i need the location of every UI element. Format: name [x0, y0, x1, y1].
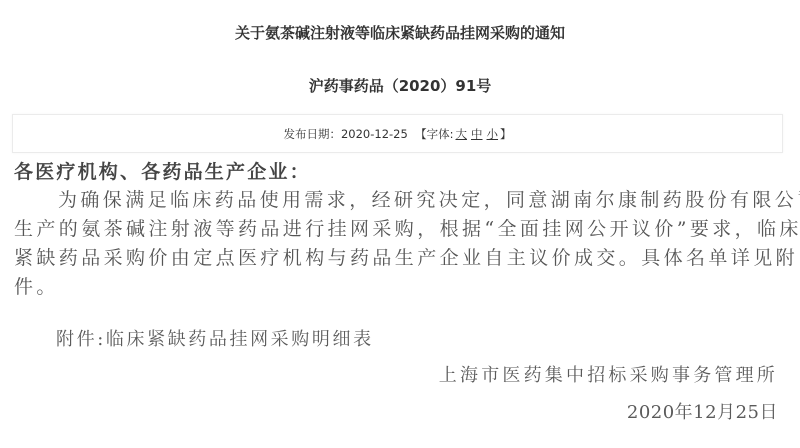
body-paragraph-line: 生产的氨茶碱注射液等药品进行挂网采购，根据“全面挂网公开议价”要求，临床	[14, 214, 800, 241]
font-size-medium-link[interactable]: 中	[471, 126, 483, 142]
issue-date: 2020年12月25日	[627, 398, 778, 424]
document-number: 沪药事药品（2020）91号	[0, 75, 800, 96]
attachment-note: 附件:临床紧缺药品挂网采购明细表	[56, 325, 374, 351]
body-paragraph-line: 为确保满足临床药品使用需求，经研究决定，同意湖南尔康制药股份有限公司	[58, 185, 800, 212]
font-size-large-link[interactable]: 大	[456, 126, 468, 142]
publish-date-label: 发布日期：	[283, 126, 341, 142]
font-size-bracket-close: 】	[500, 126, 512, 142]
body-paragraph-line: 紧缺药品采购价由定点医疗机构与药品生产企业自主议价成交。具体名单详见附	[14, 243, 798, 270]
body-paragraph-line: 件。	[14, 272, 59, 299]
font-size-small-link[interactable]: 小	[487, 126, 499, 142]
publish-date: 2020-12-25	[341, 127, 408, 141]
publish-info-bar: 发布日期： 2020-12-25 【字体: 大 中 小 】	[12, 114, 783, 153]
salutation: 各医疗机构、各药品生产企业：	[14, 157, 311, 184]
issuing-organization: 上海市医药集中招标采购事务管理所	[439, 361, 778, 387]
document-title: 关于氨茶碱注射液等临床紧缺药品挂网采购的通知	[0, 22, 800, 43]
font-size-label: 【字体:	[408, 126, 454, 142]
